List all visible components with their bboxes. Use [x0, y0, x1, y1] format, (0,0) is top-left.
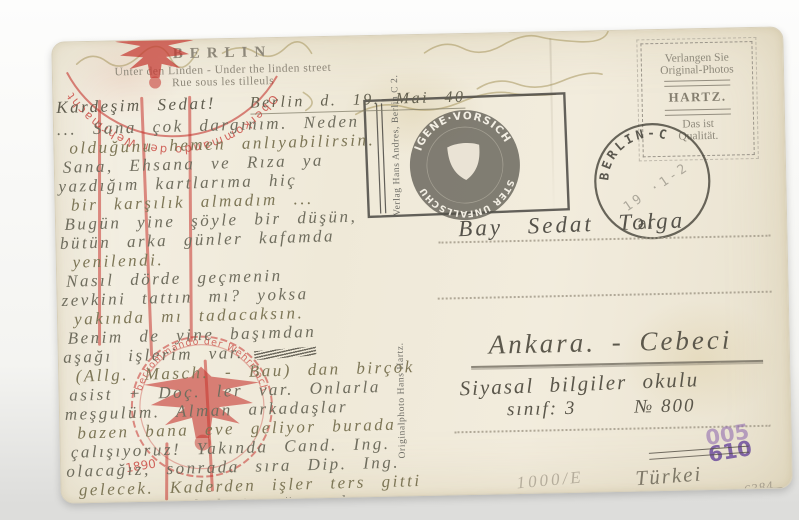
scanned-postcard-photo: BERLIN Unter den Linden - Under the lind…: [0, 0, 799, 520]
postcard-back: BERLIN Unter den Linden - Under the lind…: [51, 26, 793, 503]
eagle-icon: [115, 29, 194, 79]
postmark-berlin: BERLIN-C 19 ·1-2 ar: [581, 114, 734, 262]
pencil-note-number: 6384: [743, 478, 775, 499]
crossed-out-word: [253, 346, 316, 360]
address-number: № 800: [634, 395, 696, 418]
ad-divider: [664, 80, 730, 87]
address-city: Ankara. - Cebeci: [488, 325, 732, 361]
pencil-note-country: Türkei: [635, 461, 703, 491]
address-class-line: sınıf: 3 № 800: [507, 395, 696, 421]
salutation: Kardeşim Sedat!: [56, 94, 216, 117]
handwritten-message: Kardeşim Sedat! Berlin d. 19. Mai 40 ...…: [56, 87, 468, 504]
address-class: sınıf: 3: [507, 398, 577, 421]
arrival-number-stamp: 005 610: [704, 423, 753, 464]
ad-line2: Original-Photos: [642, 63, 752, 77]
ad-brand: HARTZ.: [642, 88, 752, 106]
